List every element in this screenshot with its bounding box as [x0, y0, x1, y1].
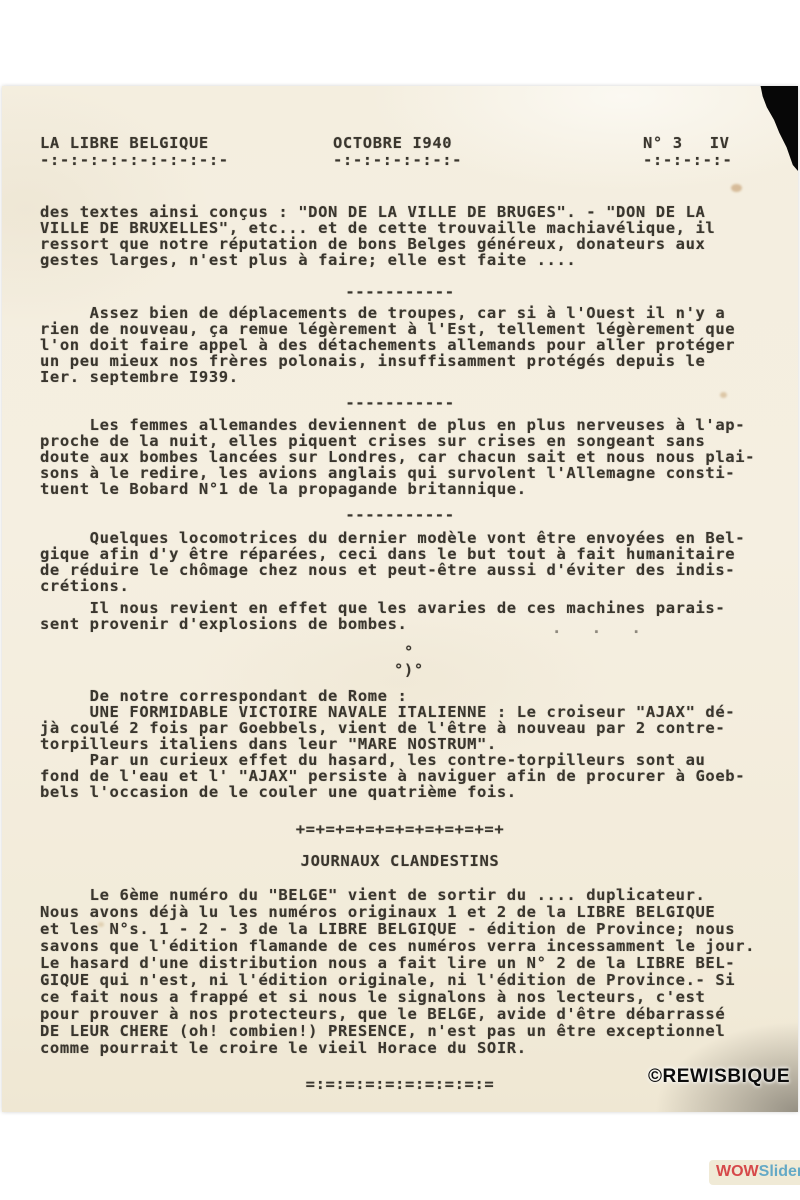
circle-separator-bottom: °)° — [394, 662, 424, 678]
faint-dots: . . . — [552, 620, 641, 636]
dash-separator: ----------- — [2, 395, 798, 411]
paper-stain — [731, 184, 742, 192]
masthead-date: OCTOBRE I940 — [333, 135, 452, 151]
article-paragraph-5: De notre correspondant de Rome : UNE FOR… — [40, 688, 735, 752]
article-paragraph-4a: Quelques locomotrices du dernier modèle … — [40, 530, 745, 594]
masthead-title: LA LIBRE BELGIQUE — [40, 135, 209, 151]
wowslider-wow-text: WOW — [716, 1163, 759, 1180]
article-paragraph-7: Le 6ème numéro du "BELGE" vient de sorti… — [40, 887, 755, 1057]
wowslider-badge[interactable]: WOWSlider — [709, 1160, 800, 1185]
article-paragraph-6: Par un curieux effet du hasard, les cont… — [40, 752, 745, 800]
slider-frame: { "masthead": { "title": "LA LIBRE BELGI… — [0, 0, 800, 1200]
volume-numeral: IV — [710, 134, 730, 152]
dash-separator: ----------- — [2, 284, 798, 300]
issue-number: N° 3 — [643, 134, 683, 152]
wowslider-name-text: Slider — [759, 1163, 800, 1180]
copyright-watermark: ©REWISBIQUE — [648, 1066, 790, 1088]
section-heading: JOURNAUX CLANDESTINS — [2, 853, 798, 869]
masthead-title-rule: -:-:-:-:-:-:-:-:-:- — [40, 152, 229, 168]
masthead-date-rule: -:-:-:-:-:-:- — [333, 152, 462, 168]
torn-corner — [746, 86, 798, 171]
masthead-issue-rule: -:-:-:-:- — [643, 152, 732, 168]
article-paragraph-1: des textes ainsi conçus : "DON DE LA VIL… — [40, 204, 715, 268]
article-paragraph-3: Les femmes allemandes deviennent de plus… — [40, 417, 755, 497]
circle-separator-top: ° — [404, 644, 414, 660]
plus-separator: +=+=+=+=+=+=+=+=+=+=+ — [2, 821, 798, 837]
dash-separator: ----------- — [2, 507, 798, 523]
masthead-issue: N° 3IV — [643, 135, 730, 151]
article-paragraph-2: Assez bien de déplacements de troupes, c… — [40, 305, 735, 385]
scanned-page: LA LIBRE BELGIQUE -:-:-:-:-:-:-:-:-:- OC… — [2, 86, 798, 1112]
